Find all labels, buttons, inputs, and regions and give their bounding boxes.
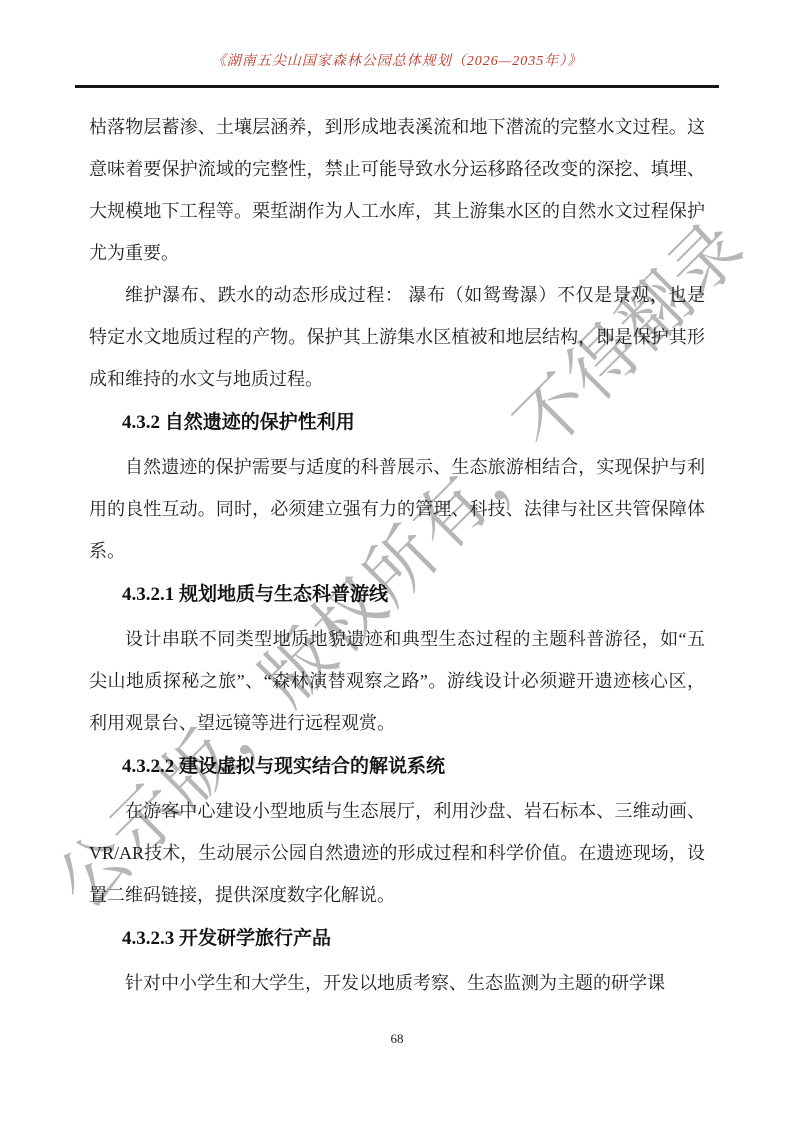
header-document-title: 《湖南五尖山国家森林公园总体规划（2026—2035年）》 xyxy=(75,50,719,70)
paragraph-waterfall-protection: 维护瀑布、跌水的动态形成过程： 瀑布（如鸳鸯瀑）不仅是景观，也是特定水文地质过程… xyxy=(89,274,705,400)
document-body: 枯落物层蓄渗、土壤层涵养，到形成地表溪流和地下潜流的完整水文过程。这意味着要保护… xyxy=(89,106,705,1004)
heading-4-3-2-2: 4.3.2.2 建设虚拟与现实结合的解说系统 xyxy=(89,746,705,788)
paragraph-hydrology-continuation: 枯落物层蓄渗、土壤层涵养，到形成地表溪流和地下潜流的完整水文过程。这意味着要保护… xyxy=(89,106,705,274)
document-page: 公示版，版权所有，不得翻录 《湖南五尖山国家森林公园总体规划（2026—2035… xyxy=(0,0,794,1122)
paragraph-heritage-utilization: 自然遗迹的保护需要与适度的科普展示、生态旅游相结合，实现保护与利用的良性互动。同… xyxy=(89,446,705,572)
page-footer: 68 xyxy=(0,1030,794,1048)
paragraph-science-trail: 设计串联不同类型地质地貌遗迹和典型生态过程的主题科普游径，如“五尖山地质探秘之旅… xyxy=(89,618,705,744)
page-header: 《湖南五尖山国家森林公园总体规划（2026—2035年）》 xyxy=(75,50,719,88)
heading-4-3-2-1: 4.3.2.1 规划地质与生态科普游线 xyxy=(89,574,705,616)
paragraph-study-travel: 针对中小学生和大学生，开发以地质考察、生态监测为主题的研学课 xyxy=(89,962,705,1004)
heading-4-3-2-3: 4.3.2.3 开发研学旅行产品 xyxy=(89,918,705,960)
paragraph-interpretation-system: 在游客中心建设小型地质与生态展厅，利用沙盘、岩石标本、三维动画、VR/AR技术，… xyxy=(89,790,705,916)
page-number: 68 xyxy=(391,1031,404,1046)
heading-4-3-2: 4.3.2 自然遗迹的保护性利用 xyxy=(89,402,705,444)
